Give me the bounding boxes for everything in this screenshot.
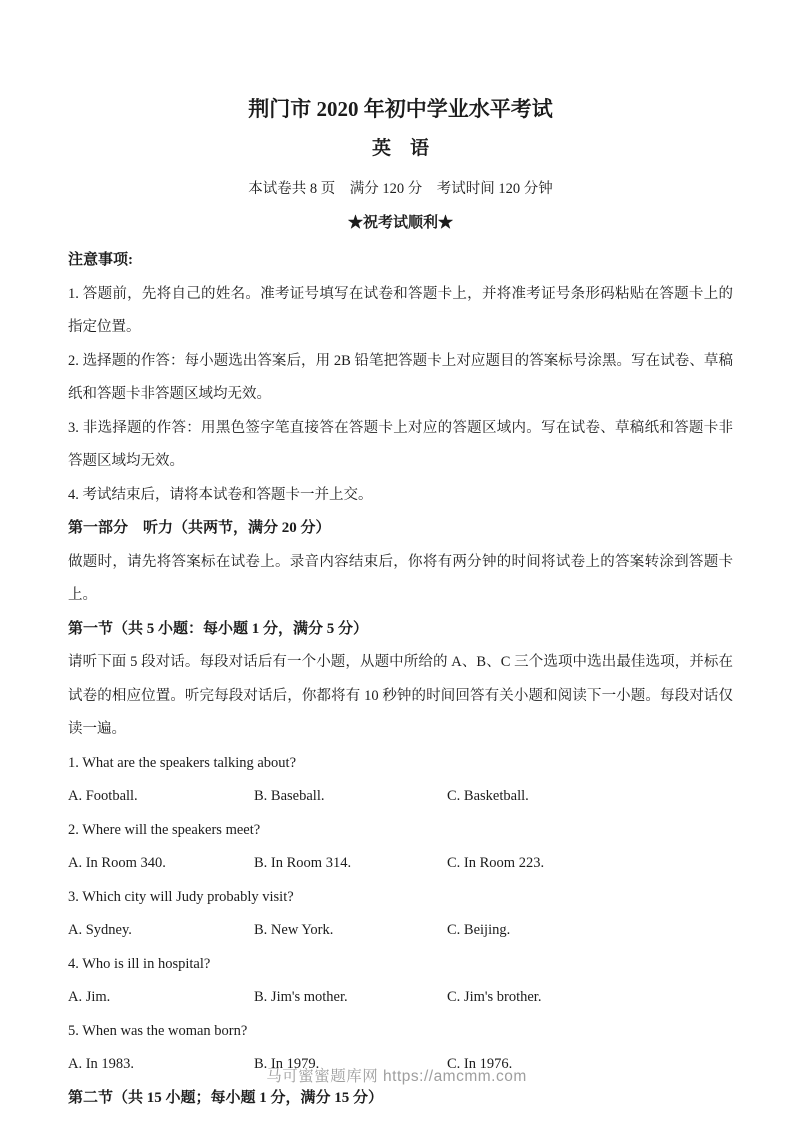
exam-title: 荆门市 2020 年初中学业水平考试 xyxy=(68,94,733,124)
paper-info-line: 本试卷共 8 页 满分 120 分 考试时间 120 分钟 xyxy=(68,178,733,200)
question-3-option-b: B. New York. xyxy=(254,914,447,948)
question-2-option-a: A. In Room 340. xyxy=(68,847,254,881)
exam-paper-page: { "header": { "title": "荆门市 2020 年初中学业水平… xyxy=(0,0,793,1122)
question-1-option-c: C. Basketball. xyxy=(447,780,733,814)
question-2-options: A. In Room 340. B. In Room 314. C. In Ro… xyxy=(68,847,733,881)
notice-heading: 注意事项: xyxy=(68,244,733,278)
question-3-options: A. Sydney. B. New York. C. Beijing. xyxy=(68,914,733,948)
question-2-option-b: B. In Room 314. xyxy=(254,847,447,881)
document-page: 荆门市 2020 年初中学业水平考试 英 语 本试卷共 8 页 满分 120 分… xyxy=(0,0,793,1115)
question-4-options: A. Jim. B. Jim's mother. C. Jim's brothe… xyxy=(68,981,733,1015)
part1-note: 做题时，请先将答案标在试卷上。录音内容结束后，你将有两分钟的时间将试卷上的答案转… xyxy=(68,546,733,613)
part1-heading: 第一部分 听力（共两节，满分 20 分） xyxy=(68,512,733,546)
notice-item-2: 2. 选择题的作答：每小题选出答案后，用 2B 铅笔把答题卡上对应题目的答案标号… xyxy=(68,345,733,412)
question-4-option-a: A. Jim. xyxy=(68,981,254,1015)
question-1-option-b: B. Baseball. xyxy=(254,780,447,814)
question-2-stem: 2. Where will the speakers meet? xyxy=(68,814,733,848)
question-3-option-a: A. Sydney. xyxy=(68,914,254,948)
question-4-option-b: B. Jim's mother. xyxy=(254,981,447,1015)
question-item: 2. Where will the speakers meet? A. In R… xyxy=(68,814,733,881)
question-1-options: A. Football. B. Baseball. C. Basketball. xyxy=(68,780,733,814)
question-5-stem: 5. When was the woman born? xyxy=(68,1015,733,1049)
question-item: 4. Who is ill in hospital? A. Jim. B. Ji… xyxy=(68,948,733,1015)
exam-subject: 英 语 xyxy=(68,136,733,162)
notice-item-1: 1. 答题前，先将自己的姓名。准考证号填写在试卷和答题卡上，并将准考证号条形码粘… xyxy=(68,278,733,345)
question-item: 1. What are the speakers talking about? … xyxy=(68,747,733,814)
notice-item-4: 4. 考试结束后，请将本试卷和答题卡一并上交。 xyxy=(68,479,733,513)
question-3-stem: 3. Which city will Judy probably visit? xyxy=(68,881,733,915)
exam-body: 注意事项: 1. 答题前，先将自己的姓名。准考证号填写在试卷和答题卡上，并将准考… xyxy=(68,244,733,1115)
watermark-footer: 马可蜜蜜题库网 https://amcmm.com xyxy=(0,1064,793,1086)
question-2-option-c: C. In Room 223. xyxy=(447,847,733,881)
notice-item-3: 3. 非选择题的作答：用黑色签字笔直接答在答题卡上对应的答题区域内。写在试卷、草… xyxy=(68,412,733,479)
question-4-stem: 4. Who is ill in hospital? xyxy=(68,948,733,982)
section1-instruction: 请听下面 5 段对话。每段对话后有一个小题，从题中所给的 A、B、C 三个选项中… xyxy=(68,646,733,747)
exam-wish-line: ★祝考试顺利★ xyxy=(68,212,733,234)
section2-heading: 第二节（共 15 小题；每小题 1 分，满分 15 分） xyxy=(68,1082,733,1116)
question-3-option-c: C. Beijing. xyxy=(447,914,733,948)
question-4-option-c: C. Jim's brother. xyxy=(447,981,733,1015)
question-item: 3. Which city will Judy probably visit? … xyxy=(68,881,733,948)
question-1-option-a: A. Football. xyxy=(68,780,254,814)
question-1-stem: 1. What are the speakers talking about? xyxy=(68,747,733,781)
section1-heading: 第一节（共 5 小题：每小题 1 分，满分 5 分） xyxy=(68,613,733,647)
